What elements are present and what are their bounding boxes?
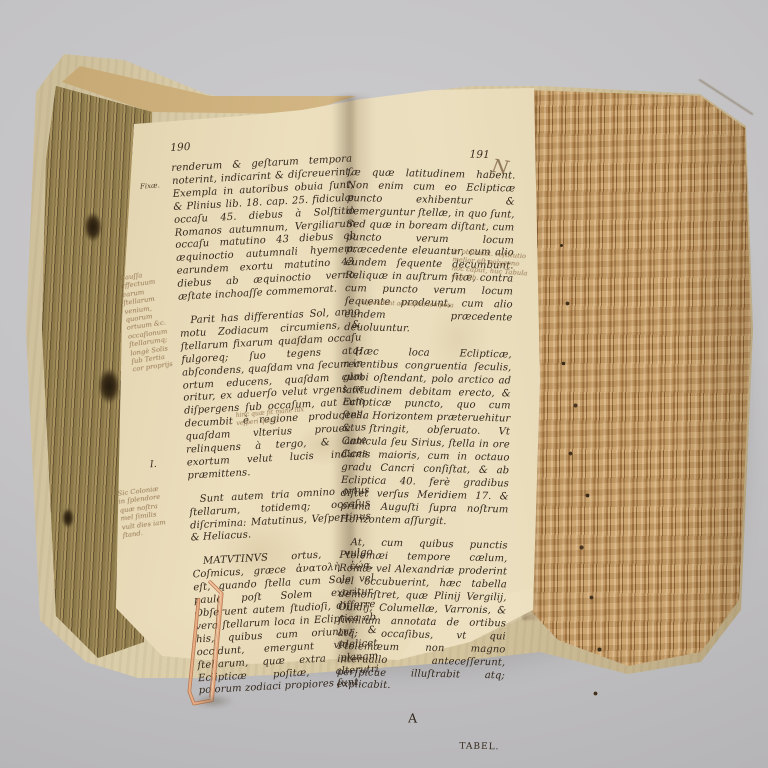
paperclip	[180, 575, 233, 713]
photo: 190 renderum & geſtarum tempora noterint…	[0, 0, 768, 768]
handwritten-marginalia-right: in obſeruat. reſtitutio melior eſt polyg…	[451, 247, 533, 286]
printed-margin-numeral: I.	[150, 459, 158, 470]
handwritten-marginalia-left-lower: Sic Coloniæ in ſplendore quæ noſtra mel …	[117, 483, 183, 540]
ink-stain-blob	[84, 212, 102, 242]
fore-edge-ink-specks	[560, 244, 563, 247]
ink-stain-blob	[62, 508, 74, 528]
paperclip-shadow	[192, 694, 234, 708]
printed-paragraph: Parit has differentias Sol, anno motu Zo…	[179, 306, 369, 483]
signature-mark: A	[336, 709, 504, 728]
right-page-text: 191 ſæ quæ latitudinem habent. Non enim …	[335, 146, 516, 753]
printed-side-note: Fixæ.	[140, 181, 160, 190]
catchword: TABEL.	[335, 739, 503, 753]
page-number-right: 191	[348, 146, 516, 162]
handwritten-monogram: N	[490, 155, 510, 179]
printed-paragraph: renderum & geſtarum tempora noterint, in…	[171, 153, 359, 304]
printed-paragraph: Hæc loca Eclipticæ, recentibus congruent…	[340, 346, 512, 530]
ink-stain-blob	[98, 368, 120, 404]
printed-paragraph: At, cum quibus punctis Ptolemæi tempore …	[337, 537, 508, 695]
